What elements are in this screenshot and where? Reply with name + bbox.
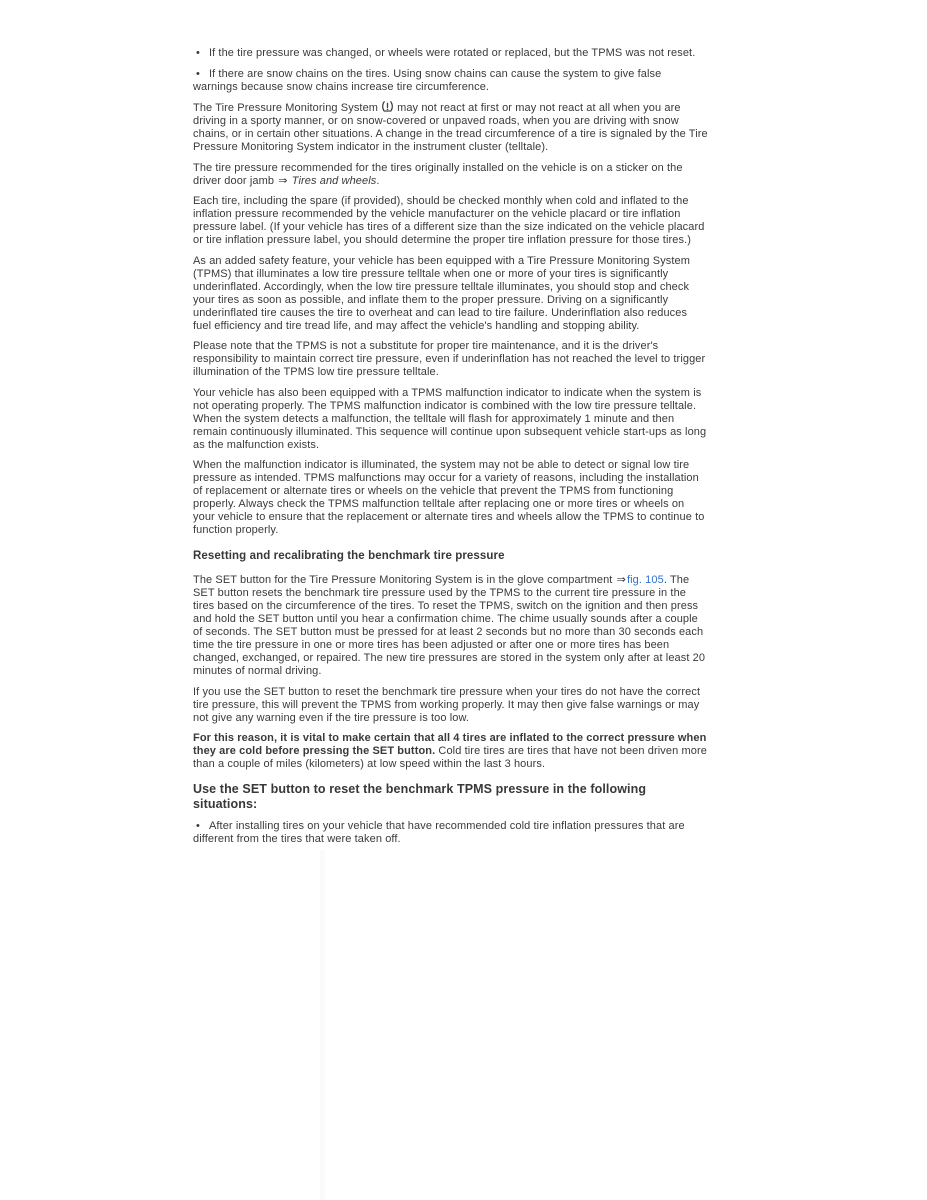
paragraph-malfunction-indicator: Your vehicle has also been equipped with…: [193, 387, 708, 452]
reference-arrow-icon: ⇒: [616, 574, 627, 586]
bullet-dot: •: [193, 820, 200, 833]
text-before-icon: The Tire Pressure Monitoring System: [193, 102, 378, 114]
paragraph-set-button: The SET button for the Tire Pressure Mon…: [193, 574, 708, 678]
tpms-telltale-icon: [381, 101, 394, 112]
bullet-item-tpms-not-reset: •If the tire pressure was changed, or wh…: [193, 47, 708, 60]
bullet-dot: •: [193, 68, 200, 81]
paragraph-for-this-reason: For this reason, it is vital to make cer…: [193, 732, 708, 771]
paragraph-tpms-react: The Tire Pressure Monitoring System may …: [193, 101, 708, 154]
bullet-item-after-installing: •After installing tires on your vehicle …: [193, 820, 708, 846]
reference-arrow-icon: ⇒: [277, 175, 288, 187]
scan-artifact-line: [320, 850, 325, 1200]
bullet-text: If the tire pressure was changed, or whe…: [209, 47, 695, 59]
reference-title: Tires and wheels: [292, 175, 377, 187]
bullet-text: If there are snow chains on the tires. U…: [193, 68, 661, 93]
bullet-dot: •: [193, 47, 200, 60]
bullet-item-snow-chains: •If there are snow chains on the tires. …: [193, 68, 708, 94]
section-heading-use-set-button: Use the SET button to reset the benchmar…: [193, 782, 708, 812]
bullet-text: After installing tires on your vehicle t…: [193, 820, 685, 845]
text-after-link: . The SET button resets the benchmark ti…: [193, 574, 705, 677]
content-column: •If the tire pressure was changed, or wh…: [193, 47, 708, 854]
fig-105-link[interactable]: fig. 105: [627, 574, 664, 586]
paragraph-sticker-location: The tire pressure recommended for the ti…: [193, 162, 708, 188]
paragraph-each-tire: Each tire, including the spare (if provi…: [193, 195, 708, 247]
paragraph-incorrect-pressure-warning: If you use the SET button to reset the b…: [193, 686, 708, 725]
paragraph-malfunction-illuminated: When the malfunction indicator is illumi…: [193, 459, 708, 537]
text-before-arrow: The SET button for the Tire Pressure Mon…: [193, 574, 612, 586]
text-after-ref: .: [376, 175, 379, 187]
paragraph-safety-feature: As an added safety feature, your vehicle…: [193, 255, 708, 333]
paragraph-not-substitute: Please note that the TPMS is not a subst…: [193, 340, 708, 379]
section-heading-resetting: Resetting and recalibrating the benchmar…: [193, 549, 708, 563]
text-before-arrow: The tire pressure recommended for the ti…: [193, 162, 683, 187]
